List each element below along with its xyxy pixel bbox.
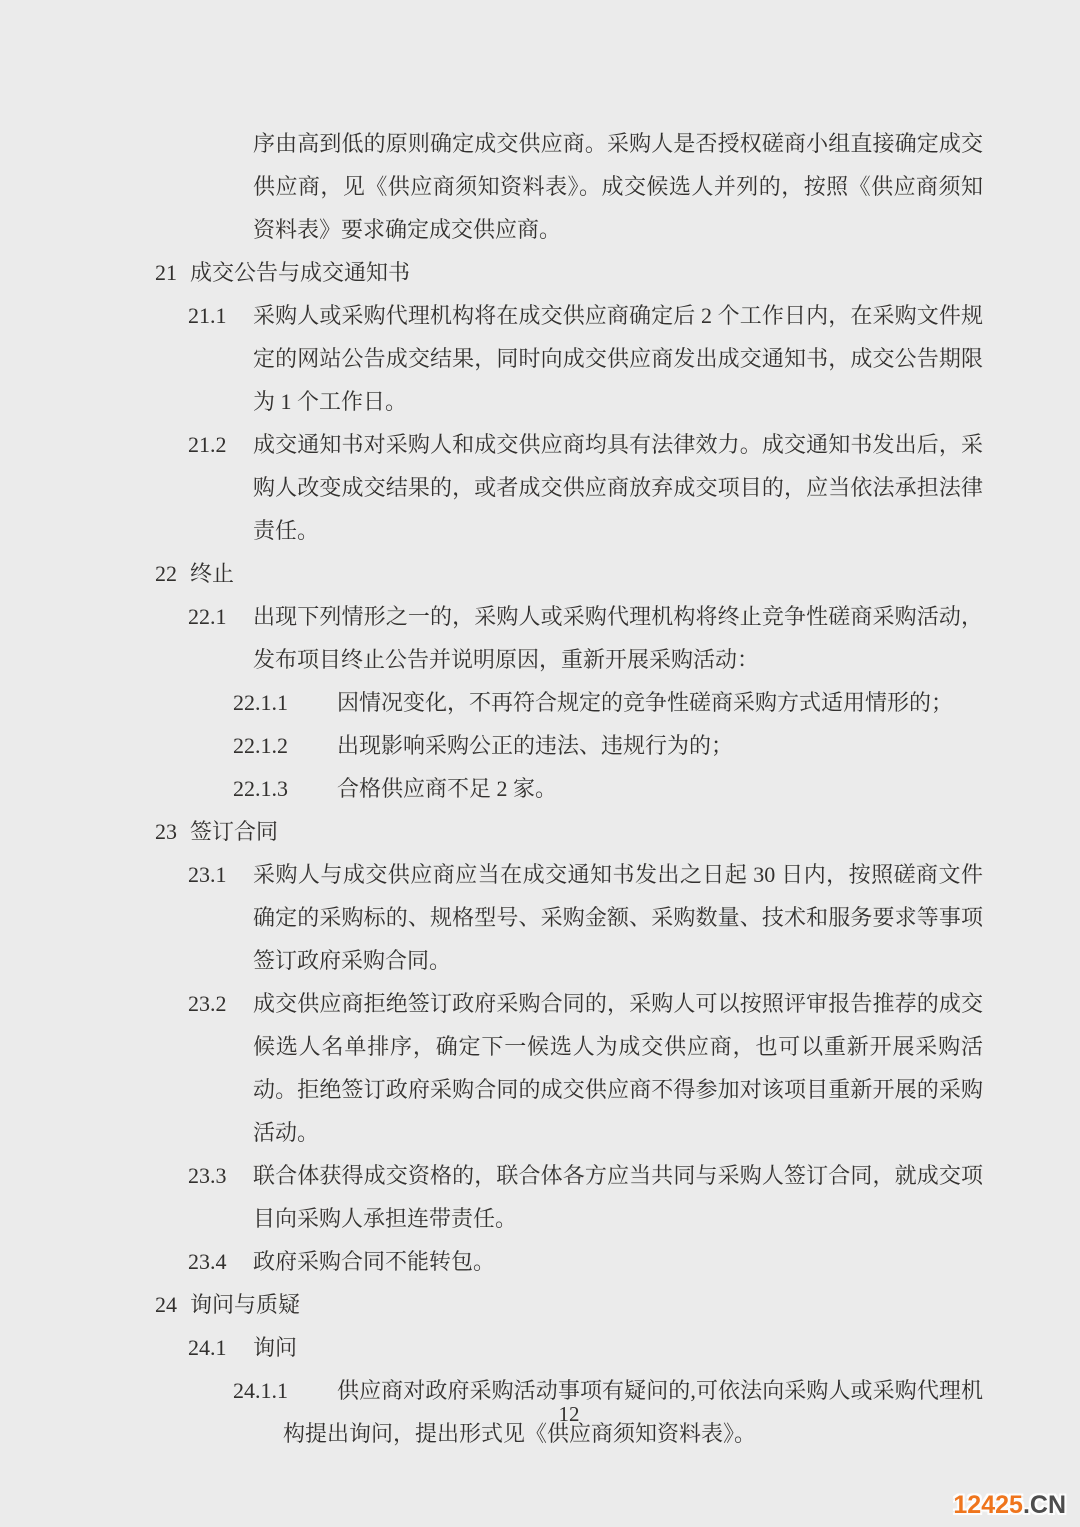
clause-text: 签订合同 — [190, 819, 278, 844]
page-number: 12 — [155, 1399, 983, 1429]
clause-text: 出现下列情形之一的，采购人或采购代理机构将终止竞争性磋商采购活动，发布项目终止公… — [253, 604, 983, 672]
clause-number: 24.1 — [188, 1326, 227, 1369]
clause-text: 采购人或采购代理机构将在成交供应商确定后 2 个工作日内，在采购文件规定的网站公… — [253, 303, 983, 414]
clause-number: 23.1 — [188, 853, 227, 896]
watermark: 12425.CN — [953, 1493, 1066, 1518]
clause-number: 22.1.3 — [233, 767, 288, 810]
clause-number: 21.1 — [188, 294, 227, 337]
clause-paragraph: 23.3联合体获得成交资格的，联合体各方应当共同与采购人签订合同，就成交项目向采… — [253, 1154, 983, 1240]
clause-number: 23.3 — [188, 1154, 227, 1197]
clause-paragraph: 23.4政府采购合同不能转包。 — [253, 1240, 983, 1283]
clause-number: 22 — [155, 552, 177, 595]
section-heading: 22终止 — [155, 552, 983, 595]
clause-number: 23.4 — [188, 1240, 227, 1283]
clause-text: 成交公告与成交通知书 — [190, 260, 410, 285]
clause-paragraph: 22.1.3合格供应商不足 2 家。 — [283, 767, 983, 810]
clause-text: 成交供应商拒绝签订政府采购合同的，采购人可以按照评审报告推荐的成交候选人名单排序… — [253, 991, 983, 1145]
clause-number: 24 — [155, 1283, 177, 1326]
clause-text: 政府采购合同不能转包。 — [253, 1249, 495, 1274]
watermark-suffix: .CN — [1023, 1491, 1066, 1519]
section-heading: 24询问与质疑 — [155, 1283, 983, 1326]
clause-text: 出现影响采购公正的违法、违规行为的； — [337, 733, 733, 758]
clause-text: 成交通知书对采购人和成交供应商均具有法律效力。成交通知书发出后，采购人改变成交结… — [253, 432, 983, 543]
clause-text: 序由高到低的原则确定成交供应商。采购人是否授权磋商小组直接确定成交供应商，见《供… — [253, 131, 983, 242]
continuation-paragraph: 序由高到低的原则确定成交供应商。采购人是否授权磋商小组直接确定成交供应商，见《供… — [253, 122, 983, 251]
clause-text: 询问 — [253, 1335, 297, 1360]
clause-paragraph: 22.1.1因情况变化，不再符合规定的竞争性磋商采购方式适用情形的； — [283, 681, 983, 724]
clause-number: 21.2 — [188, 423, 227, 466]
clause-number: 22.1.2 — [233, 724, 288, 767]
section-heading: 23签订合同 — [155, 810, 983, 853]
clause-text: 终止 — [190, 561, 234, 586]
clause-number: 22.1 — [188, 595, 227, 638]
clause-text: 询问与质疑 — [190, 1292, 300, 1317]
clause-number: 23 — [155, 810, 177, 853]
watermark-primary: 12425 — [953, 1491, 1023, 1519]
clause-text: 合格供应商不足 2 家。 — [337, 776, 557, 801]
clause-text: 采购人与成交供应商应当在成交通知书发出之日起 30 日内，按照磋商文件确定的采购… — [253, 862, 983, 973]
clause-paragraph: 22.1.2出现影响采购公正的违法、违规行为的； — [283, 724, 983, 767]
clause-number: 23.2 — [188, 982, 227, 1025]
clause-number: 22.1.1 — [233, 681, 288, 724]
clause-text: 因情况变化，不再符合规定的竞争性磋商采购方式适用情形的； — [337, 690, 953, 715]
document-page: 序由高到低的原则确定成交供应商。采购人是否授权磋商小组直接确定成交供应商，见《供… — [0, 0, 1080, 1527]
clause-text: 联合体获得成交资格的，联合体各方应当共同与采购人签订合同，就成交项目向采购人承担… — [253, 1163, 983, 1231]
clause-paragraph: 21.1采购人或采购代理机构将在成交供应商确定后 2 个工作日内，在采购文件规定… — [253, 294, 983, 423]
clause-paragraph: 23.2成交供应商拒绝签订政府采购合同的，采购人可以按照评审报告推荐的成交候选人… — [253, 982, 983, 1154]
document-body: 序由高到低的原则确定成交供应商。采购人是否授权磋商小组直接确定成交供应商，见《供… — [0, 122, 1080, 1455]
clause-paragraph: 24.1询问 — [253, 1326, 983, 1369]
clause-paragraph: 22.1出现下列情形之一的，采购人或采购代理机构将终止竞争性磋商采购活动，发布项… — [253, 595, 983, 681]
clause-paragraph: 21.2成交通知书对采购人和成交供应商均具有法律效力。成交通知书发出后，采购人改… — [253, 423, 983, 552]
clause-paragraph: 23.1采购人与成交供应商应当在成交通知书发出之日起 30 日内，按照磋商文件确… — [253, 853, 983, 982]
section-heading: 21成交公告与成交通知书 — [155, 251, 983, 294]
clause-number: 21 — [155, 251, 177, 294]
